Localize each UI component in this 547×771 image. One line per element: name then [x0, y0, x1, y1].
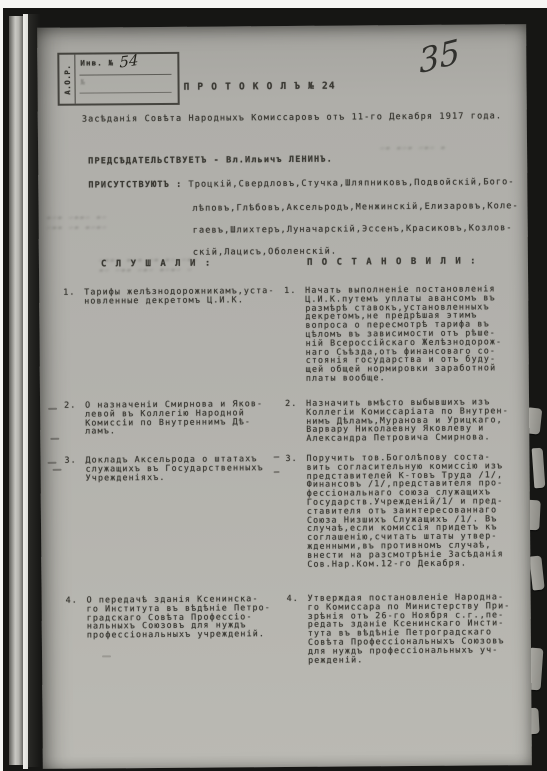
document-page: А.О.Р. Инв. № 54 № 35 П Р О Т О К О Л Ъ …	[37, 24, 532, 769]
resolved-text: Поручить тов.Боголѣпову соста- вить согл…	[306, 452, 529, 568]
resolved-text: Назначить вмѣсто выбывшихъ изъ Коллегіи …	[306, 397, 528, 443]
item-number-resolved: 3.	[285, 454, 297, 463]
protocol-title: П Р О Т О К О Л Ъ № 24	[184, 81, 336, 93]
resolved-text: Утверждая постановленіе Народна- го Коми…	[308, 592, 531, 664]
heard-text: Тарифы желѣзнодорожникамъ,уста- новленны…	[84, 286, 298, 305]
margin-mark	[48, 462, 57, 464]
archive-stamp: А.О.Р. Инв. № 54 №	[57, 52, 179, 106]
margin-mark	[102, 655, 111, 657]
chairman-line: ПРЕДСѢДАТЕЛЬСТВУЕТЪ - Вл.Ильичъ ЛЕНИНЪ.	[88, 155, 333, 167]
stamp-body: Инв. № 54 №	[75, 54, 177, 104]
agenda-item-row-2: 2. О назначеніи Смирнова и Яков- левой в…	[40, 397, 529, 401]
stamp-archive-abbr-label: А.О.Р.	[62, 64, 71, 94]
attendees-continuation: лѣповъ,Глѣбовъ,Аксельродъ,Менжинскій,Ели…	[88, 195, 519, 264]
stamp-rule-line	[79, 74, 171, 76]
margin-mark	[273, 456, 279, 458]
heard-text: О назначеніи Смирнова и Яков- левой въ К…	[85, 399, 299, 436]
attendees-first-line: Троцкій,Свердловъ,Стучка,Шляпниковъ,Подв…	[182, 173, 514, 194]
item-number-heard: 1.	[63, 288, 75, 297]
agenda-item-row-3: 3. Докладъ Аксельрода о штатахъ служащих…	[40, 452, 529, 456]
item-number-resolved: 1.	[284, 286, 296, 295]
book-spine-underpage-edge	[9, 16, 23, 765]
item-number-heard: 4.	[66, 596, 78, 605]
scanned-document-photo: А.О.Р. Инв. № 54 № 35 П Р О Т О К О Л Ъ …	[0, 0, 547, 771]
bleedthrough-smudge: ▱▰ ▰▱▰ ▱▰▱ ▰	[380, 142, 510, 153]
margin-mark	[53, 469, 62, 471]
attendees-block: ПРИСУТСТВУЮТЪ : Троцкій,Свердловъ,Стучка…	[88, 173, 519, 264]
item-number-resolved: 4.	[287, 594, 299, 603]
stamp-second-row-faded: №	[80, 78, 85, 87]
agenda-item-row-4: 4. О передачѣ зданія Ксенинска- го Инсти…	[42, 592, 531, 596]
stamp-inventory-label: Инв. №	[80, 58, 114, 67]
stamp-rule-line	[80, 92, 172, 94]
item-number-resolved: 2.	[285, 399, 297, 408]
folio-number-handwritten: 35	[417, 31, 461, 81]
heard-text: О передачѣ зданія Ксенинска- го Институт…	[87, 594, 301, 640]
agenda-item-row-1: 1. Тарифы желѣзнодорожникамъ,уста- новле…	[39, 284, 528, 288]
item-number-heard: 2.	[64, 401, 76, 410]
margin-mark	[50, 438, 59, 440]
stamp-inventory-number-handwritten: 54	[119, 51, 138, 72]
item-number-heard: 3.	[64, 456, 76, 465]
protocol-subtitle: Засѣданія Совѣта Народныхъ Комиссаровъ о…	[82, 111, 502, 124]
attendees-label: ПРИСУТСТВУЮТЪ :	[88, 176, 182, 195]
resolved-text: Начать выполненіе постановленія Ц.И.К.пу…	[305, 284, 528, 383]
heard-text: Докладъ Аксельрода о штатахъ служащихъ в…	[85, 454, 299, 482]
margin-mark	[274, 471, 280, 473]
stamp-archive-abbr: А.О.Р.	[59, 55, 75, 104]
resolved-column-header: П О С Т А Н О В И Л И :	[307, 256, 478, 267]
heard-column-header: С Л У Ш А Л И :	[101, 259, 212, 270]
margin-mark	[48, 408, 57, 410]
